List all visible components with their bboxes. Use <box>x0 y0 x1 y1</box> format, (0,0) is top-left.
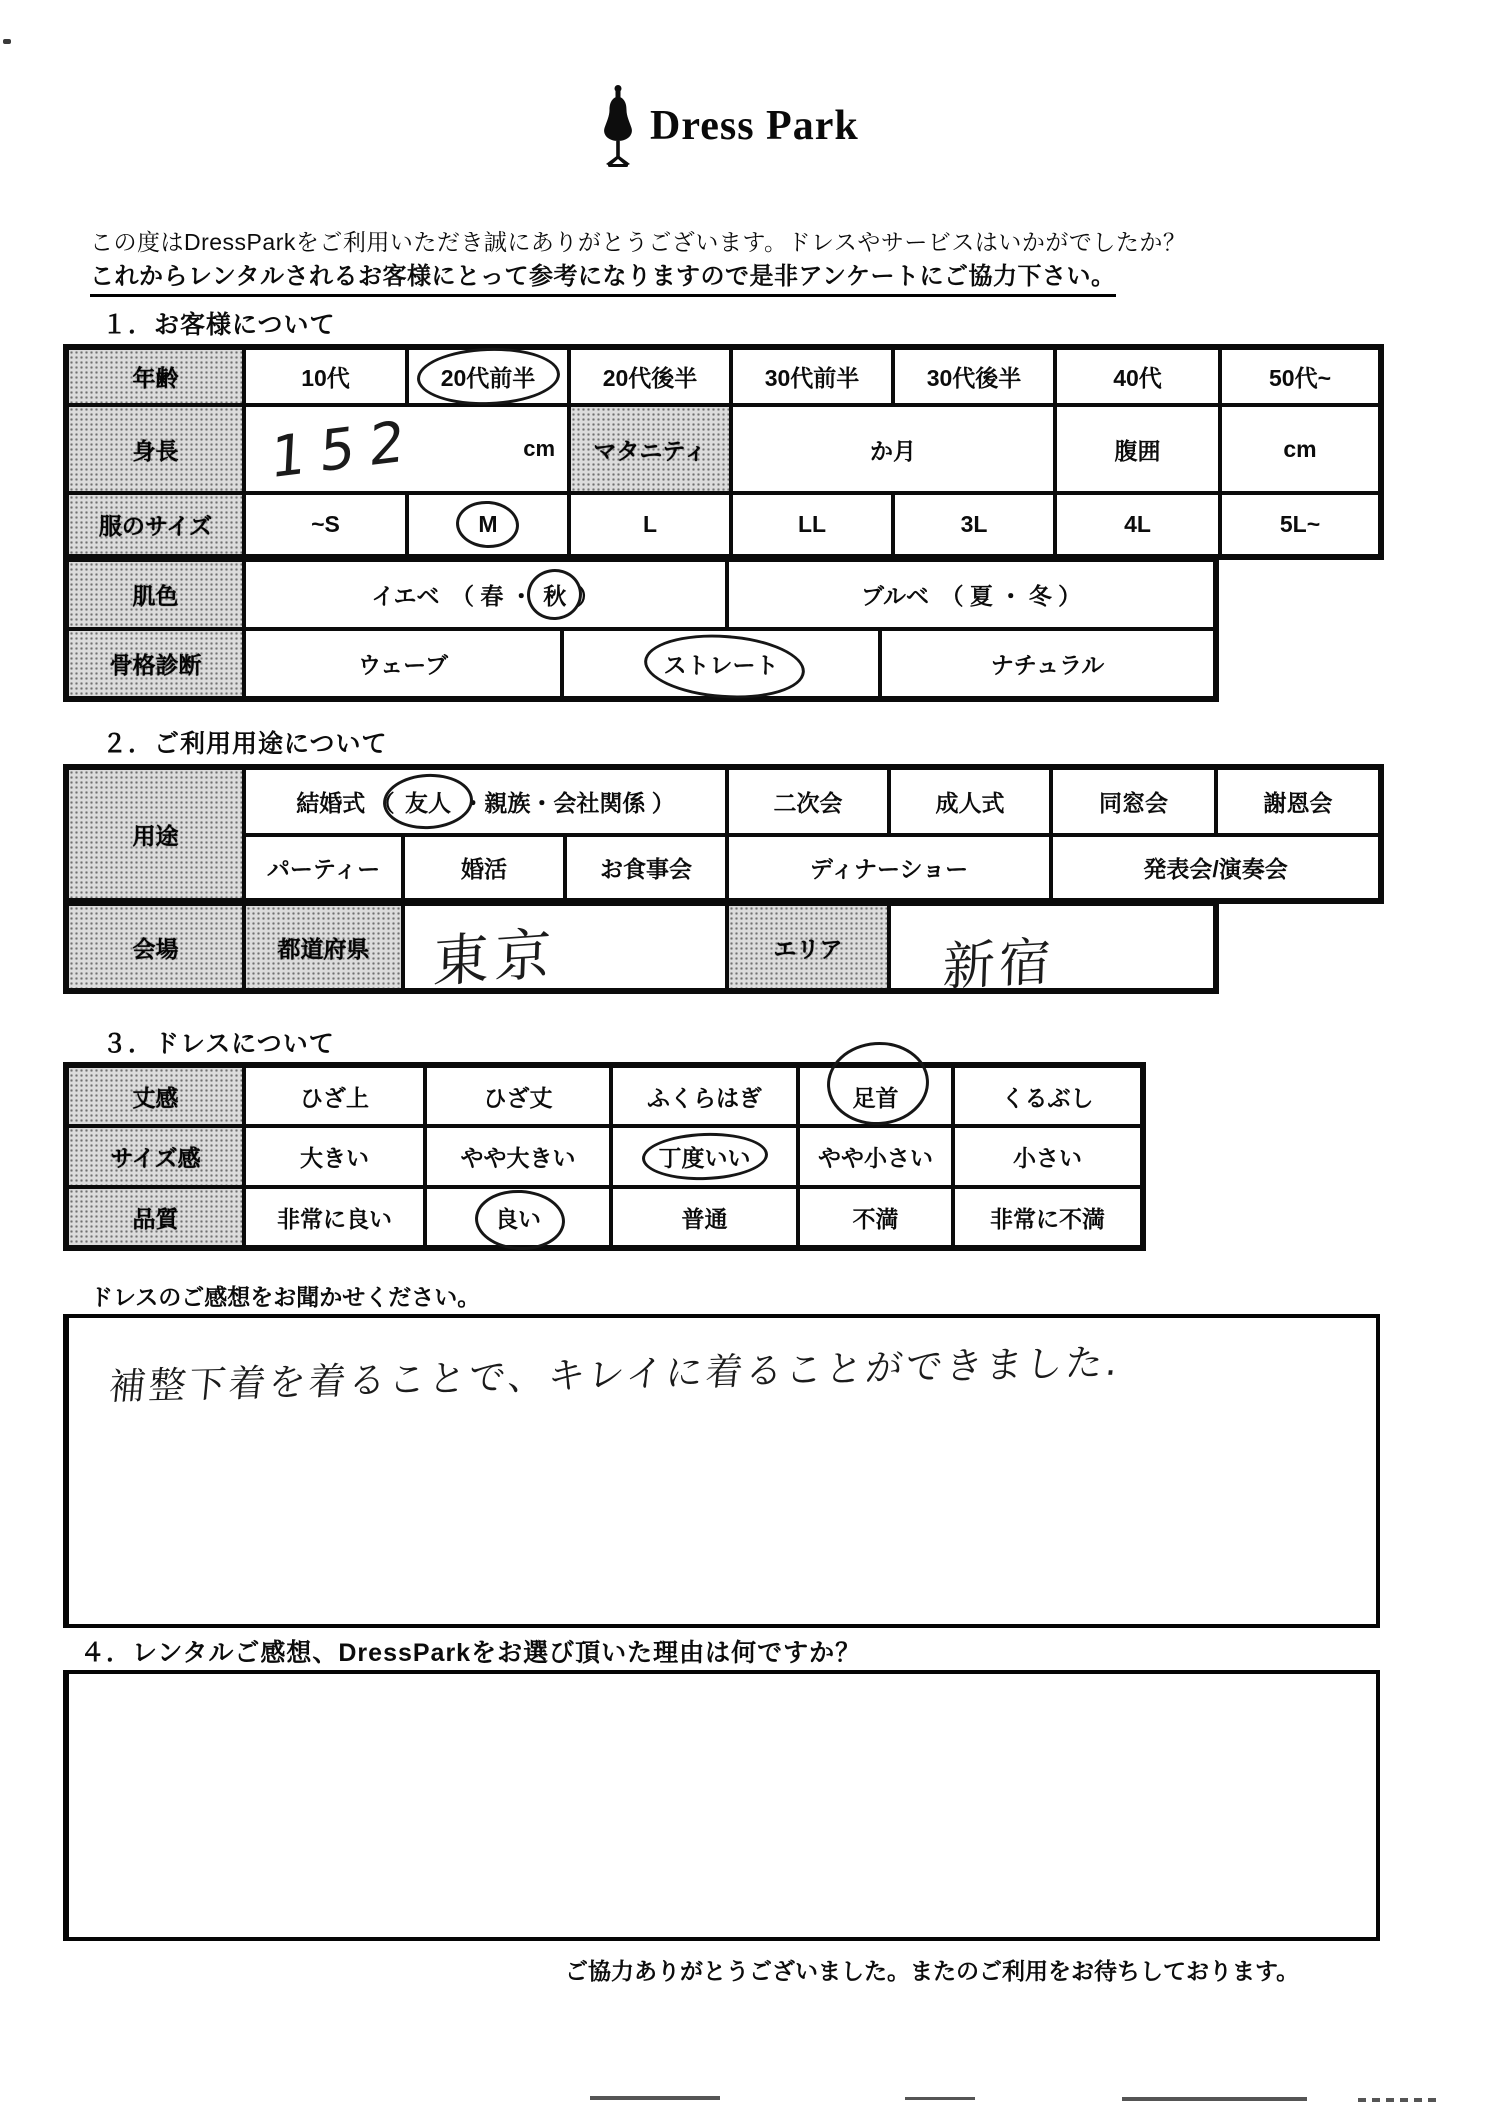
venue-label: 会場 <box>66 903 244 991</box>
size-option: 5L~ <box>1220 493 1381 557</box>
purpose-option: お食事会 <box>565 835 727 901</box>
handwritten-circle: 友人 <box>401 785 455 818</box>
quality-option: 普通 <box>611 1187 798 1248</box>
skin-label: 肌色 <box>66 559 244 629</box>
purpose-option: 同窓会 <box>1051 767 1216 835</box>
size-label: 服のサイズ <box>66 493 244 557</box>
survey-page: Dress Park この度はDressParkをご利用いただき誠にありがとうご… <box>0 0 1500 2127</box>
wedding-prefix: 結婚式 （ <box>296 790 394 816</box>
length-option: ふくらはぎ <box>611 1065 798 1126</box>
length-option: ひざ丈 <box>425 1065 611 1126</box>
age-option: 30代後半 <box>893 347 1055 405</box>
purpose-option: ディナーショー <box>727 835 1051 901</box>
quality-option-selected: 良い <box>425 1187 611 1248</box>
skin-yellow-prefix: イエベ （ 春 ・ <box>371 583 532 609</box>
dress-table: 丈感 ひざ上 ひざ丈 ふくらはぎ 足首 くるぶし サイズ感 大きい やや大きい … <box>63 1062 1146 1251</box>
skeleton-option: ナチュラル <box>880 629 1216 699</box>
section3-heading: ３．ドレスについて <box>102 1024 335 1060</box>
skeleton-row: 骨格診断 ウェーブ ストレート ナチュラル <box>66 629 1216 699</box>
customer-table: 年齢 10代 20代前半 20代後半 30代前半 30代後半 40代 50代~ … <box>63 344 1384 702</box>
intro-line-2: これからレンタルされるお客様にとって参考になりますので是非アンケートにご協力下さ… <box>90 256 1116 297</box>
quality-label: 品質 <box>66 1187 244 1248</box>
age-option: 50代~ <box>1220 347 1381 405</box>
dress-form-icon <box>596 84 640 168</box>
handwritten-circle: 足首 <box>849 1080 903 1113</box>
prefecture-label: 都道府県 <box>244 903 403 991</box>
size-option: 4L <box>1055 493 1220 557</box>
section1-heading: １．お客様について <box>102 305 336 341</box>
rental-answer-box <box>63 1670 1380 1941</box>
handwritten-feedback: 補整下着を着ることで、キレイに着ることができました. <box>106 1332 1123 1411</box>
scan-artifact-line <box>1122 2097 1307 2101</box>
quality-row: 品質 非常に良い 良い 普通 不満 非常に不満 <box>66 1187 1143 1248</box>
feedback-answer-box: 補整下着を着ることで、キレイに着ることができました. <box>63 1314 1380 1628</box>
purpose-table: 用途 結婚式 （ 友人 ・親族・会社関係 ） 二次会 成人式 同窓会 謝恩会 パ… <box>63 764 1384 994</box>
logo: Dress Park <box>596 84 859 168</box>
maternity-months-cell: か月 <box>731 405 1055 493</box>
skeleton-option-selected: ストレート <box>562 629 880 699</box>
size-row: 服のサイズ ~S M L LL 3L 4L 5L~ <box>66 493 1381 557</box>
area-value-cell: 新宿 <box>889 903 1216 991</box>
prefecture-value-cell: 東京 <box>403 903 727 991</box>
age-option: 10代 <box>244 347 407 405</box>
fit-label: サイズ感 <box>66 1126 244 1187</box>
purpose-option: パーティー <box>244 835 403 901</box>
scan-artifact-dot <box>3 39 11 44</box>
skeleton-option: ウェーブ <box>244 629 562 699</box>
fit-option: 小さい <box>953 1126 1143 1187</box>
purpose-option: 婚活 <box>403 835 565 901</box>
skin-row: 肌色 イエベ （ 春 ・ 秋 ） ブルベ （ 夏 ・ 冬 ） <box>66 559 1216 629</box>
handwritten-circle: ストレート <box>660 647 783 680</box>
purpose-row-2: パーティー 婚活 お食事会 ディナーショー 発表会/演奏会 <box>66 835 1381 901</box>
height-row: 身長 152 cm マタニティ か月 腹囲 cm <box>66 405 1381 493</box>
fit-row: サイズ感 大きい やや大きい 丁度いい やや小さい 小さい <box>66 1126 1143 1187</box>
scan-artifact-line <box>590 2096 720 2100</box>
brand-name: Dress Park <box>650 102 859 150</box>
size-option: LL <box>731 493 893 557</box>
handwritten-height: 152 <box>269 407 420 491</box>
fit-option: やや小さい <box>798 1126 953 1187</box>
height-value-cell: 152 cm <box>244 405 569 493</box>
size-option: 3L <box>893 493 1055 557</box>
handwritten-circle: 良い <box>491 1201 545 1234</box>
age-row: 年齢 10代 20代前半 20代後半 30代前半 30代後半 40代 50代~ <box>66 347 1381 405</box>
scan-artifact-line <box>905 2097 975 2100</box>
age-option: 30代前半 <box>731 347 893 405</box>
handwritten-circle: 秋 <box>539 578 570 611</box>
scan-artifact-line <box>1358 2098 1440 2102</box>
length-option: ひざ上 <box>244 1065 425 1126</box>
fit-option: やや大きい <box>425 1126 611 1187</box>
purpose-option: 謝恩会 <box>1216 767 1381 835</box>
purpose-option: 成人式 <box>889 767 1051 835</box>
age-label: 年齢 <box>66 347 244 405</box>
section2-heading: ２．ご利用用途について <box>102 724 388 760</box>
quality-option: 非常に不満 <box>953 1187 1143 1248</box>
section4-heading: ４．レンタルご感想、DressParkをお選び頂いた理由は何ですか？ <box>80 1633 861 1669</box>
feedback-prompt: ドレスのご感想をお聞かせください。 <box>90 1279 480 1312</box>
handwritten-circle: 20代前半 <box>437 360 540 393</box>
quality-option: 不満 <box>798 1187 953 1248</box>
size-option-selected: M <box>407 493 569 557</box>
fit-option: 大きい <box>244 1126 425 1187</box>
age-option: 20代後半 <box>569 347 731 405</box>
purpose-label: 用途 <box>66 767 244 901</box>
size-option: L <box>569 493 731 557</box>
quality-option: 非常に良い <box>244 1187 425 1248</box>
skin-blue-cell: ブルベ （ 夏 ・ 冬 ） <box>727 559 1216 629</box>
purpose-row-1: 用途 結婚式 （ 友人 ・親族・会社関係 ） 二次会 成人式 同窓会 謝恩会 <box>66 767 1381 835</box>
waist-unit: cm <box>1220 405 1381 493</box>
wedding-cell: 結婚式 （ 友人 ・親族・会社関係 ） <box>244 767 727 835</box>
age-option: 40代 <box>1055 347 1220 405</box>
length-option: くるぶし <box>953 1065 1143 1126</box>
skin-yellow-cell: イエベ （ 春 ・ 秋 ） <box>244 559 727 629</box>
intro-line-1: この度はDressParkをご利用いただき誠にありがとうございます。ドレスやサー… <box>90 224 1186 257</box>
skeleton-label: 骨格診断 <box>66 629 244 699</box>
height-label: 身長 <box>66 405 244 493</box>
wedding-suffix: ・親族・会社関係 ） <box>461 790 674 816</box>
handwritten-prefecture: 東京 <box>432 909 559 998</box>
purpose-option: 二次会 <box>727 767 889 835</box>
waist-label: 腹囲 <box>1055 405 1220 493</box>
length-row: 丈感 ひざ上 ひざ丈 ふくらはぎ 足首 くるぶし <box>66 1065 1143 1126</box>
age-option-selected: 20代前半 <box>407 347 569 405</box>
length-option-selected: 足首 <box>798 1065 953 1126</box>
venue-row: 会場 都道府県 東京 エリア 新宿 <box>66 903 1216 991</box>
maternity-label: マタニティ <box>569 405 731 493</box>
area-label: エリア <box>727 903 889 991</box>
handwritten-circle: 丁度いい <box>655 1140 755 1173</box>
closing-text: ご協力ありがとうございました。またのご利用をお待ちしております。 <box>565 1953 1299 1986</box>
purpose-option: 発表会/演奏会 <box>1051 835 1381 901</box>
height-unit: cm <box>523 436 555 462</box>
size-option: ~S <box>244 493 407 557</box>
handwritten-circle: M <box>474 511 501 538</box>
skin-yellow-suffix: ） <box>577 583 600 609</box>
handwritten-area: 新宿 <box>942 919 1056 1000</box>
length-label: 丈感 <box>66 1065 244 1126</box>
fit-option-selected: 丁度いい <box>611 1126 798 1187</box>
